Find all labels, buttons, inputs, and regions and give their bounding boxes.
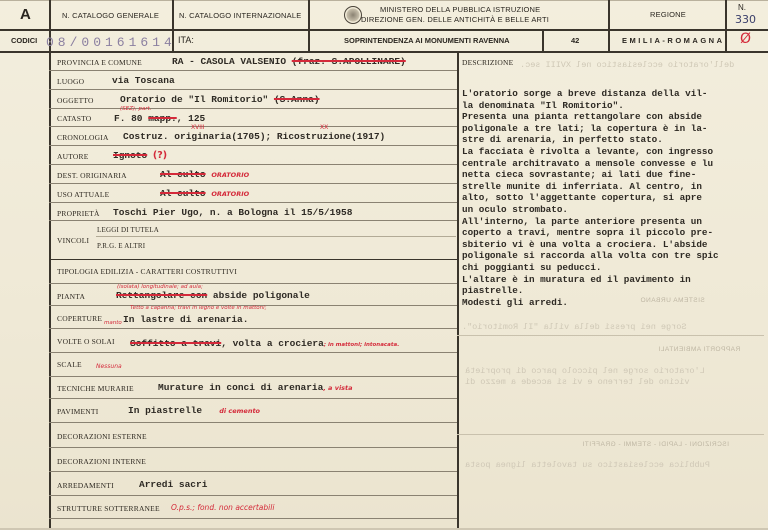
decorazioni-esterne-label: DECORAZIONI ESTERNE [57, 432, 147, 441]
proprieta-label: PROPRIETÀ [57, 209, 100, 218]
codici-label: CODICI [11, 36, 37, 45]
descrizione-line: coperto a travi, mentre sopra il piccolo… [462, 227, 719, 239]
luogo-value: via Toscana [112, 75, 175, 86]
decorazioni-interne-label: DECORAZIONI INTERNE [57, 457, 146, 466]
ita-label: ITA: [178, 35, 194, 45]
card-number: 330 [735, 13, 756, 26]
cronologia-note-2: XX [320, 124, 328, 131]
proprieta-value: Toschi Pier Ugo, n. a Bologna il 15/5/19… [113, 207, 352, 218]
catasto-label: CATASTO [57, 114, 91, 123]
uso-attuale-label: USO ATTUALE [57, 190, 109, 199]
tecniche-value: Murature in conci di arenaria, a vista [158, 382, 353, 393]
dest-originaria-value: Al culto ORATORIO [160, 169, 249, 180]
volte-value: Soffitto a travi, volta a crociera; in m… [130, 338, 399, 349]
descrizione-line: alto, sotto l'aggettante copertura, si a… [462, 192, 719, 204]
coperture-note-2: manto [104, 320, 122, 326]
descrizione-text: L'oratorio sorge a breve distanza della … [462, 88, 719, 308]
descrizione-line: centrale architravato a mensole convesse… [462, 158, 719, 170]
descrizione-line: piastrelle. [462, 285, 719, 297]
catasto-note: (SEZ), part. [120, 106, 152, 112]
descrizione-line: chi poggianti su peducci. [462, 262, 719, 274]
show-through-label-2: RAPPORTI AMBIENTALI [658, 346, 740, 353]
volte-label: VOLTE o SOLAI [57, 337, 115, 346]
pianta-value: Rettangolare con abside poligonale [116, 290, 310, 301]
descrizione-line: Modesti gli arredi. [462, 297, 719, 309]
descrizione-line: stre di arenaria, in perfetto stato. [462, 134, 719, 146]
show-through-label-3: ISCRIZIONI - LAPIDI - STEMMI - GRAFFITI [582, 441, 729, 448]
show-through-line-3: vicino del terreno e vi si accede a mezz… [465, 377, 689, 387]
provincia-value: RA - CASOLA VALSENIO (fraz. S.APOLLINARE… [172, 56, 406, 67]
descrizione-line: All'interno, la parte anteriore presenta… [462, 216, 719, 228]
cronologia-value: Costruz. originaria(1705); Ricostruzione… [123, 131, 385, 142]
soprintendenza: SOPRINTENDENZA AI MONUMENTI RAVENNA [344, 36, 510, 45]
vincoli-label: VINCOLI [57, 236, 89, 245]
strutture-note: O.p.s.; fond. non accertabili [171, 503, 274, 512]
scale-note: Nessuna [96, 363, 122, 370]
descrizione-line: netta cieca sovrastante; ai lati due fin… [462, 169, 719, 181]
catalog-card: A N. CATALOGO GENERALE N. CATALOGO INTER… [0, 0, 768, 530]
descrizione-line: L'oratorio sorge a breve distanza della … [462, 88, 719, 100]
arredamenti-value: Arredi sacri [139, 479, 207, 490]
arredamenti-label: ARREDAMENTI [57, 481, 114, 490]
provincia-label: PROVINCIA E COMUNE [57, 58, 142, 67]
vincoli-prg: P.R.G. E ALTRI [97, 242, 145, 250]
pianta-label: PIANTA [57, 292, 85, 301]
pavimenti-label: PAVIMENTI [57, 407, 98, 416]
region-code: 42 [571, 36, 579, 45]
autore-label: AUTORE [57, 152, 88, 161]
catalogo-generale-label: N. CATALOGO GENERALE [62, 11, 159, 20]
show-through-text: dell'oratorio ecclesiastico nel XVIII se… [520, 60, 734, 70]
show-through-line-2: L'oratorio sorge nel piccolo parco di pr… [465, 366, 705, 376]
autore-value: Ignoto (?) [113, 150, 167, 161]
republic-emblem-icon [344, 6, 362, 24]
oggetto-label: OGGETTO [57, 96, 94, 105]
regione-value: EMILIA-ROMAGNA [622, 36, 725, 45]
descrizione-line: poligonale a tre lati; la copertura è in… [462, 123, 719, 135]
coperture-label: COPERTURE [57, 314, 102, 323]
tecniche-label: TECNICHE MURARIE [57, 384, 134, 393]
oggetto-value: Oratorio de "Il Romitorio" (S.Anna) [120, 94, 320, 105]
show-through-line-4: Pubblica ecclesiastico su tavoletta lign… [465, 460, 710, 470]
descrizione-line: strelle munite di inferriata. Al centro,… [462, 181, 719, 193]
form-letter: A [20, 6, 31, 23]
descrizione-line: L'altare è in muratura ed il pavimento i… [462, 274, 719, 286]
descrizione-line: la denominata "Il Romitorio". [462, 100, 719, 112]
cronologia-label: CRONOLOGIA [57, 133, 109, 142]
ministry-line-1: MINISTERO DELLA PUBBLICA ISTRUZIONE [380, 5, 540, 14]
descrizione-line: La facciata è rivolta a levante, con ing… [462, 146, 719, 158]
cronologia-note-1: XVIII [191, 124, 205, 131]
scale-label: SCALE [57, 360, 82, 369]
codici-value: 08/00161614 [46, 35, 176, 50]
corner-mark: Ø [740, 31, 751, 47]
strutture-label: STRUTTURE SOTTERRANEE [57, 504, 160, 513]
descrizione-line: un oculo strombato. [462, 204, 719, 216]
pavimenti-value: In piastrelle di cemento [128, 405, 260, 416]
tipologia-heading: TIPOLOGIA EDILIZIA - CARATTERI COSTRUTTI… [57, 267, 237, 276]
descrizione-line: poligonale si raccorda alla volta con tr… [462, 250, 719, 262]
descrizione-label: DESCRIZIONE [462, 58, 513, 67]
number-label: N. [738, 3, 746, 12]
luogo-label: LUOGO [57, 77, 84, 86]
catasto-value: F. 80 mapp., 125 [114, 113, 205, 124]
coperture-value: In lastre di arenaria. [123, 314, 248, 325]
catalogo-internazionale-label: N. CATALOGO INTERNAZIONALE [179, 11, 301, 20]
vincoli-leggi-tutela: LEGGI DI TUTELA [97, 226, 159, 234]
coperture-note: Tetto a capanna; travi in legno e volte … [130, 305, 267, 311]
show-through-line-1: Sorge nei pressi della villa "Il Romitor… [462, 322, 686, 332]
uso-attuale-value: Al culto ORATORIO [160, 188, 249, 199]
ministry-line-2: DIREZIONE GEN. DELLE ANTICHITÀ E BELLE A… [361, 15, 549, 24]
descrizione-line: sbiterio vi è una volta a crociera. L'ab… [462, 239, 719, 251]
regione-label: REGIONE [650, 10, 686, 19]
dest-originaria-label: DEST. ORIGINARIA [57, 171, 127, 180]
descrizione-line: Presenta una pianta rettangolare con abs… [462, 111, 719, 123]
